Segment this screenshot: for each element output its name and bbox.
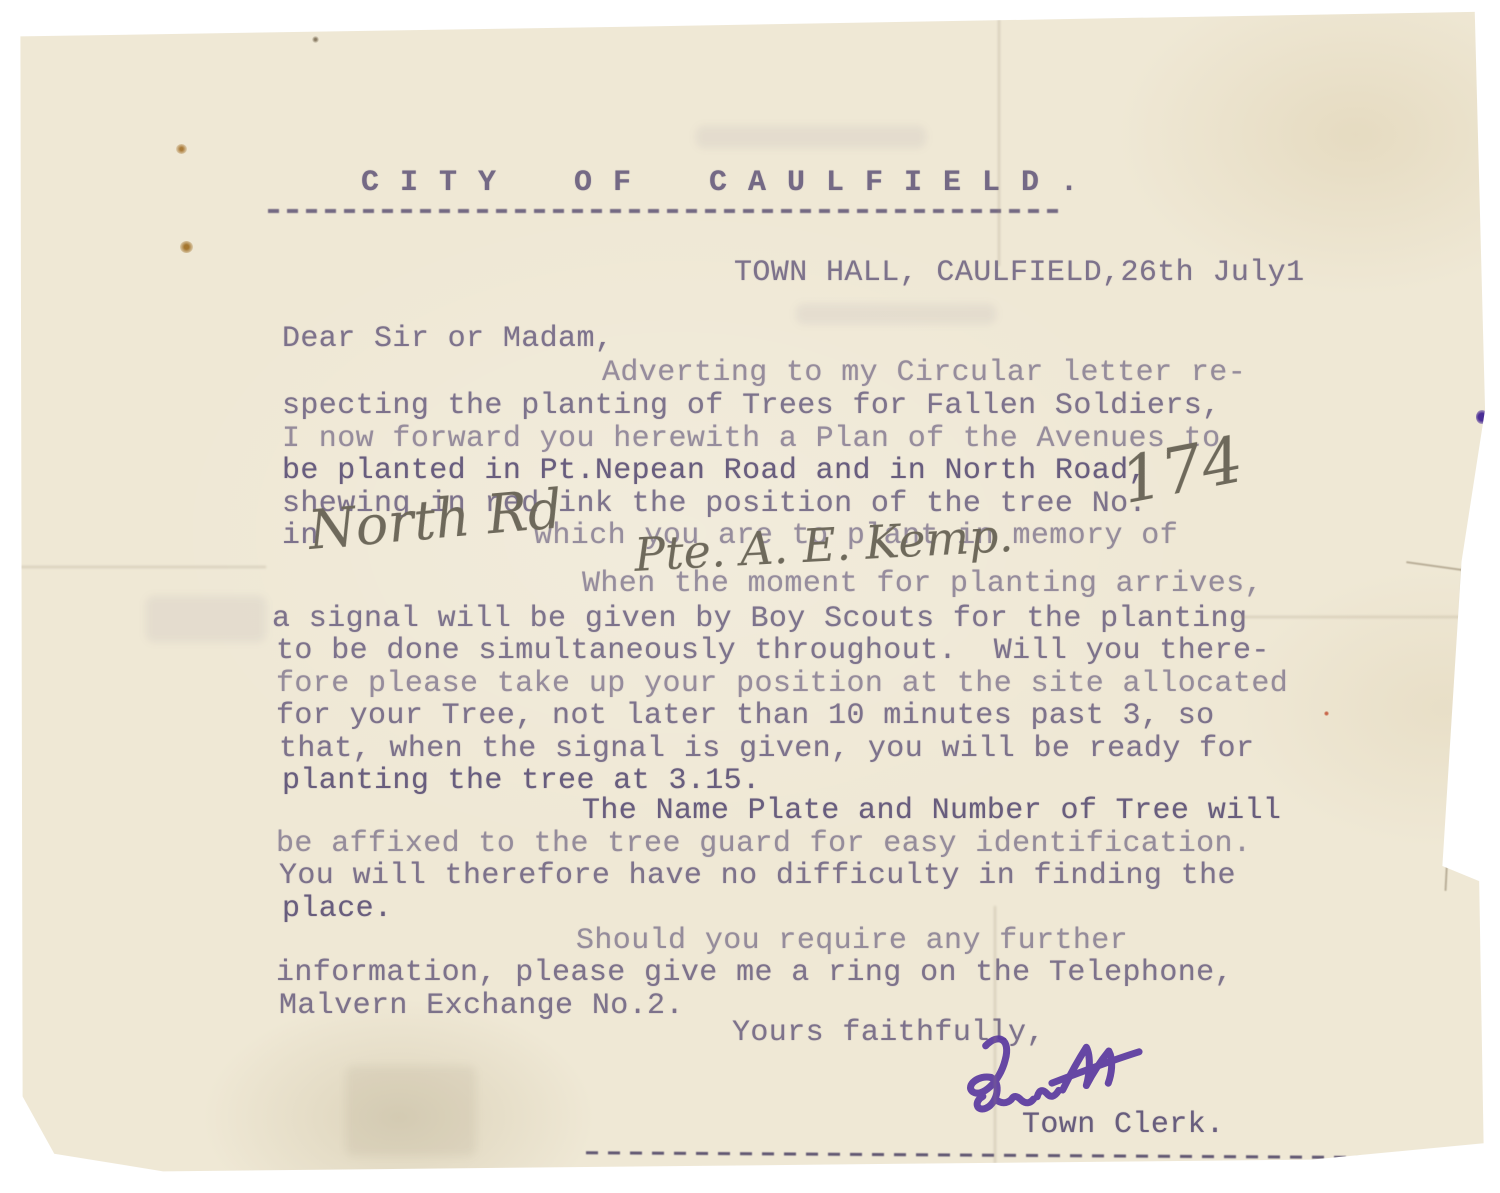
signatory-title: Town Clerk.	[1022, 1108, 1224, 1142]
red-ink-dot	[1324, 711, 1329, 716]
scanned-letter-page: { "document_type": "scanned typewritten …	[0, 0, 1500, 1193]
body-line: Should you require any further	[576, 924, 1128, 958]
letterhead-title: CITY OF CAULFIELD.	[361, 166, 1099, 200]
body-line: be affixed to the tree guard for easy id…	[276, 827, 1251, 861]
horizontal-fold-crease	[1236, 616, 1486, 618]
body-line: Adverting to my Circular letter re-	[602, 356, 1246, 390]
foxing-spot	[176, 144, 187, 154]
body-line: information, please give me a ring on th…	[276, 956, 1233, 990]
body-line: fore please take up your position at the…	[276, 667, 1288, 701]
bleed-through-smudge	[696, 126, 926, 148]
body-line: for your Tree, not later than 10 minutes…	[276, 699, 1215, 733]
body-line: I now forward you herewith a Plan of the…	[282, 422, 1221, 456]
ink-dot	[1476, 410, 1488, 424]
dateline: TOWN HALL, CAULFIELD,26th July1	[734, 256, 1305, 290]
body-line: The Name Plate and Number of Tree will	[582, 794, 1281, 828]
bottom-edge-dashed-line	[586, 1151, 1486, 1159]
right-edge-tear	[1444, 566, 1463, 891]
foxing-spot	[180, 241, 193, 253]
body-line: to be done simultaneously throughout. Wi…	[276, 634, 1270, 668]
salutation: Dear Sir or Madam,	[282, 322, 613, 356]
body-line: You will therefore have no difficulty in…	[279, 859, 1236, 893]
vertical-fold-crease	[998, 6, 1000, 266]
horizontal-fold-crease	[16, 566, 266, 568]
body-line: planting the tree at 3.15.	[282, 764, 760, 798]
body-line: that, when the signal is given, you will…	[279, 732, 1254, 766]
body-line: When the moment for planting arrives,	[582, 567, 1263, 601]
foxing-spot	[312, 36, 319, 43]
letter-paper: CITY OF CAULFIELD. TOWN HALL, CAULFIELD,…	[16, 6, 1488, 1176]
bleed-through-smudge	[146, 596, 266, 642]
body-line: place.	[282, 892, 392, 926]
body-line: specting the planting of Trees for Falle…	[282, 389, 1221, 423]
body-line: Malvern Exchange No.2.	[279, 989, 684, 1023]
bleed-through-smudge	[796, 304, 996, 324]
right-edge-tear-top	[1406, 561, 1476, 573]
bottom-smudge	[346, 1066, 476, 1156]
body-line: a signal will be given by Boy Scouts for…	[272, 602, 1247, 636]
vertical-fold-crease	[994, 906, 996, 1176]
body-line: be planted in Pt.Nepean Road and in Nort…	[282, 454, 1147, 488]
letterhead-underline	[268, 209, 1058, 213]
